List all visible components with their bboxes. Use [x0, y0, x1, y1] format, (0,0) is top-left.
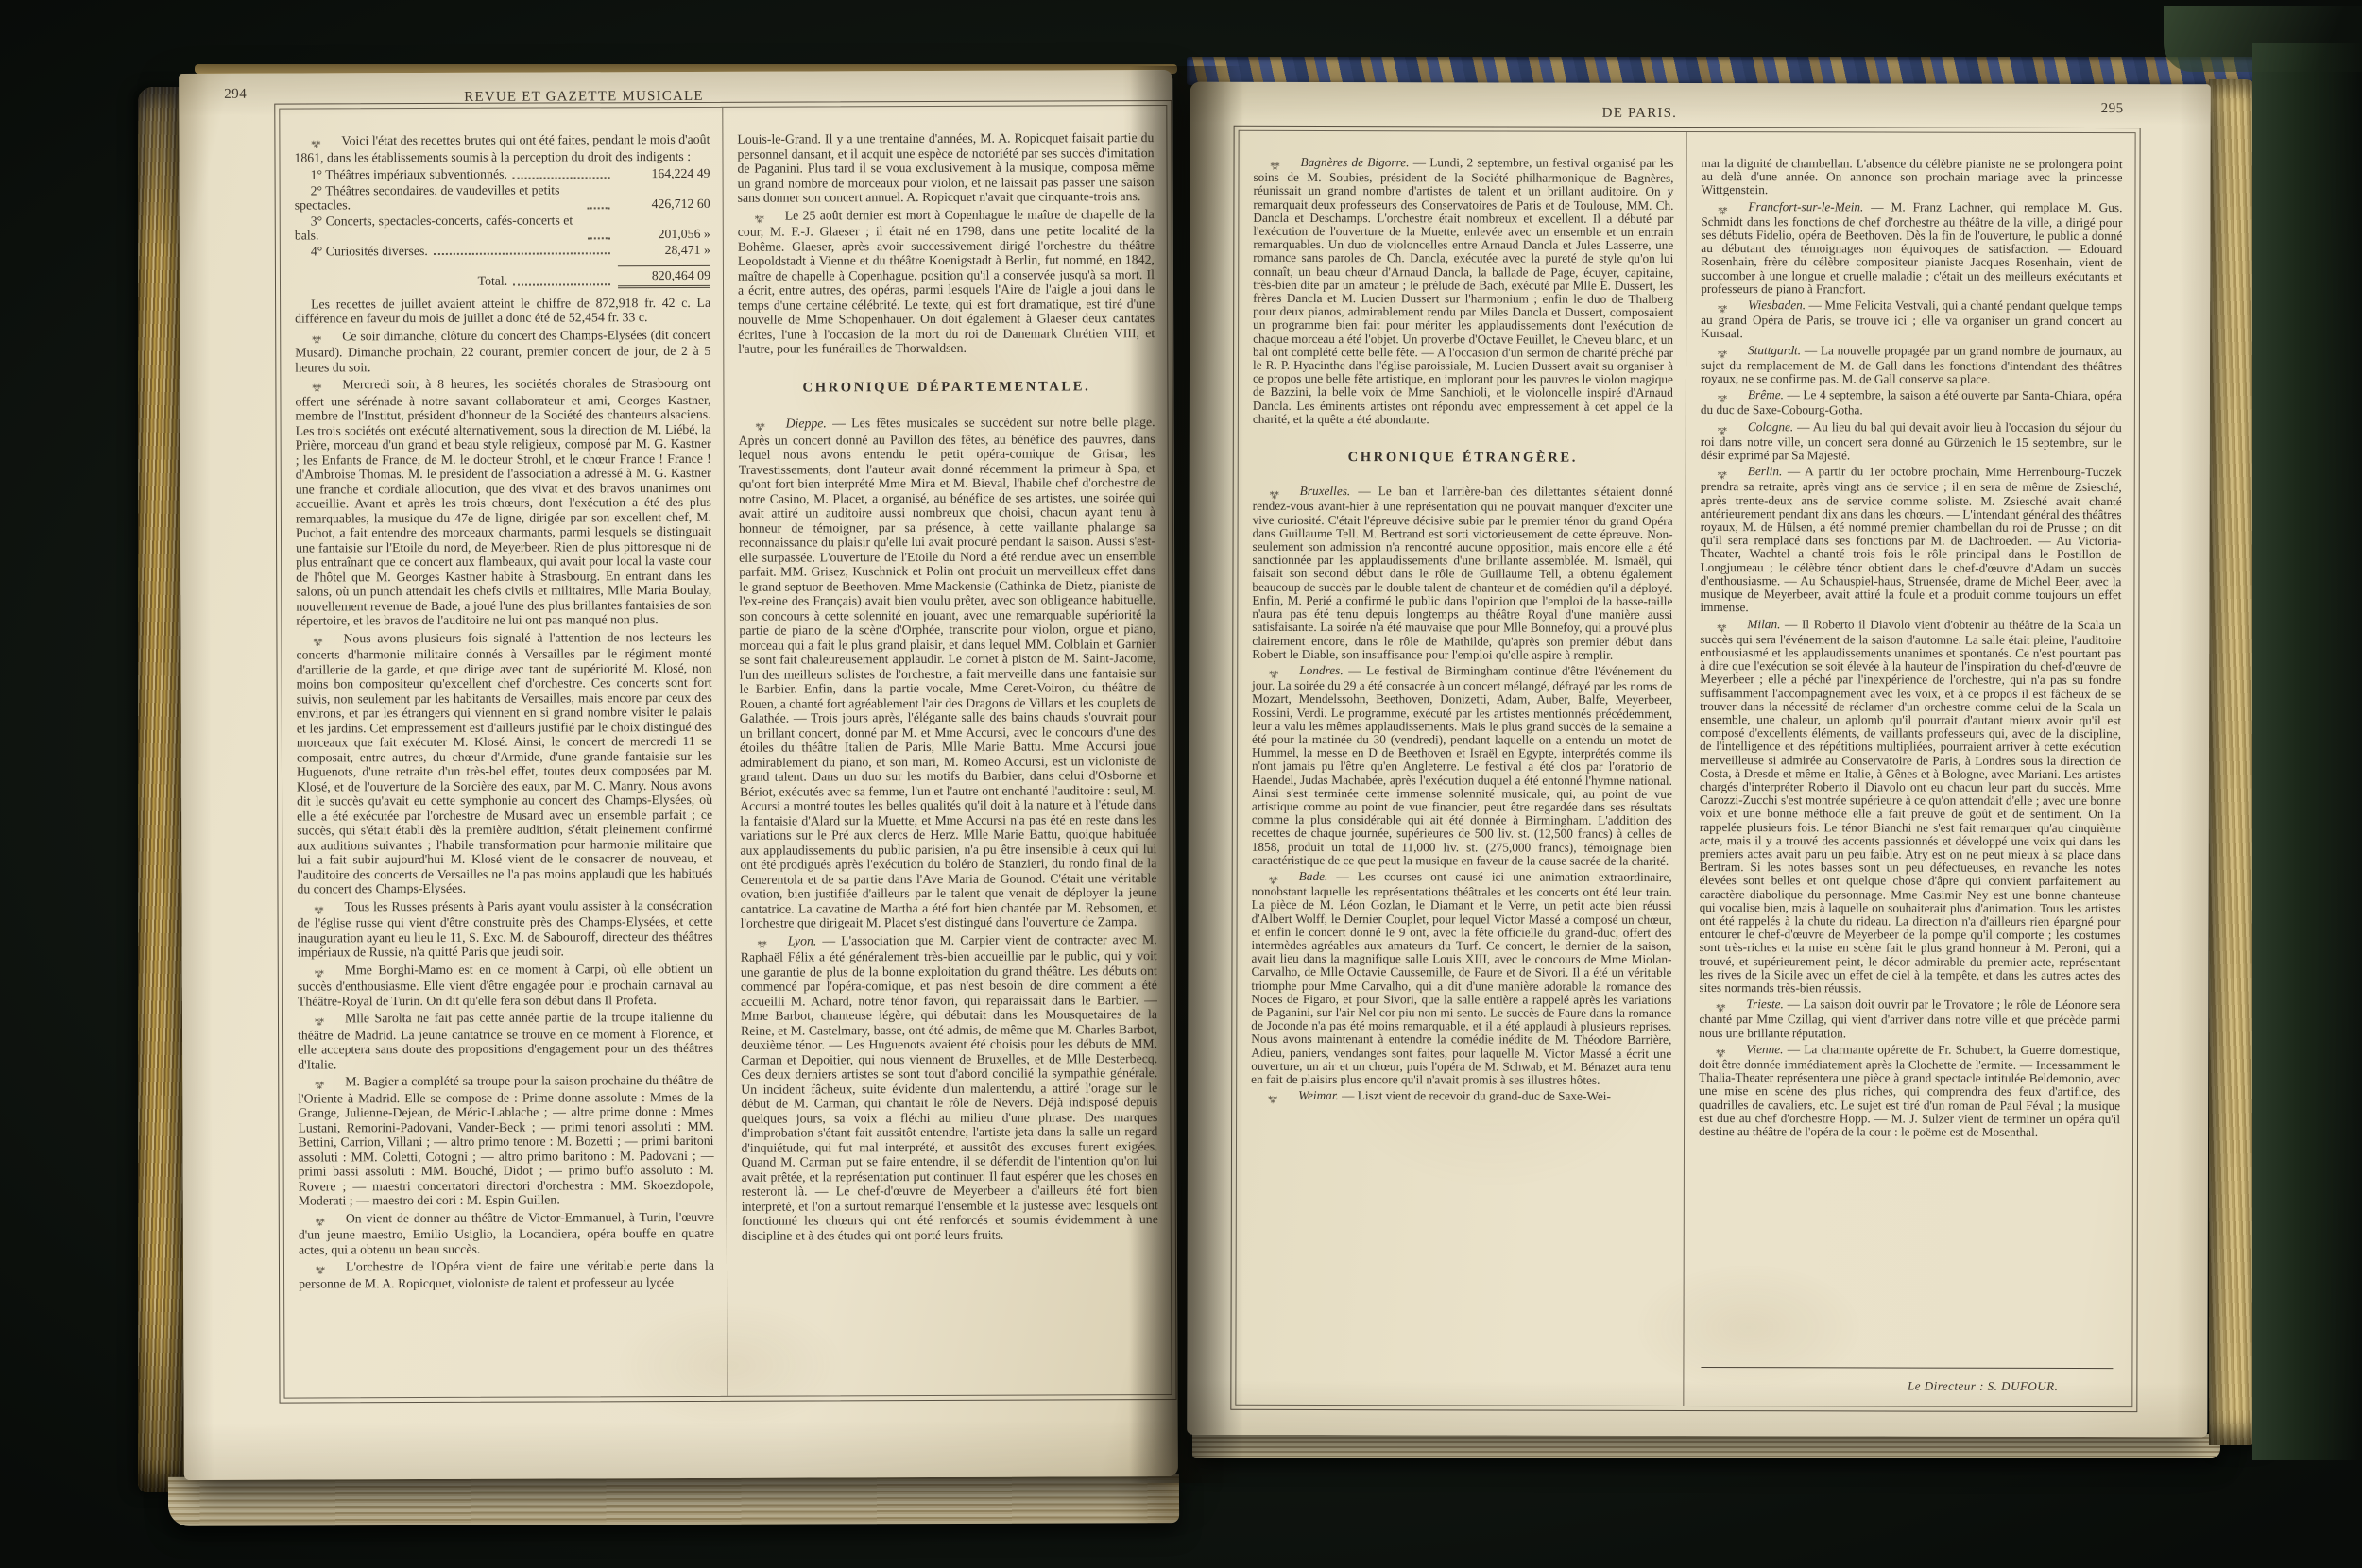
entry-place-lead: Brême.: [1748, 387, 1788, 401]
entry-place-lead: Stuttgardt.: [1748, 343, 1805, 357]
asterism-icon: ⁂: [1268, 666, 1294, 679]
page-stack-bottom-edge-right: [1192, 1434, 2220, 1458]
page-number-right: 295: [2101, 101, 2124, 117]
asterism-icon: ⁂: [314, 1076, 340, 1091]
entry-place-lead: Cologne.: [1748, 419, 1797, 434]
asterism-icon: ⁂: [1269, 486, 1295, 500]
asterism-icon: ⁂: [311, 331, 337, 346]
asterism-icon: ⁂: [1715, 1045, 1741, 1058]
book-fore-edge-right: [2209, 79, 2258, 1445]
right-page-rule-frame-inner: ⁂Bagnères de Bigorre. — Lundi, 2 septemb…: [1235, 130, 2135, 1407]
table-total-row: Total.820,464 09: [295, 265, 710, 289]
marbled-top-edge: [1187, 57, 2260, 85]
asterism-icon: ⁂: [1715, 999, 1741, 1013]
right-page-column-2: Le Directeur : S. DUFOUR. mar la dignité…: [1684, 132, 2134, 1406]
paragraph: ⁂Vienne. — La charmante opérette de Fr. …: [1699, 1043, 2120, 1140]
table-row-label: 4° Curiosités diverses.: [295, 244, 428, 259]
paragraph: ⁂Mlle Sarolta ne fait pas cette année pa…: [298, 1010, 713, 1072]
asterism-icon: ⁂: [314, 964, 340, 980]
right-page: DE PARIS. 295 ⁂Bagnères de Bigorre. — Lu…: [1187, 82, 2210, 1438]
paragraph: ⁂Bruxelles. — Le ban et l'arrière-ban de…: [1252, 485, 1672, 662]
book-spread-photo: 294 REVUE ET GAZETTE MUSICALE ⁂Voici l'é…: [0, 0, 2362, 1568]
paragraph: ⁂Trieste. — La saison doit ouvrir par le…: [1699, 997, 2120, 1041]
paragraph: ⁂Weimar. — Liszt vient de recevoir du gr…: [1251, 1089, 1671, 1105]
entry-place-lead: Vienne.: [1746, 1042, 1788, 1056]
entry-place-lead: Bagnères de Bigorre.: [1301, 155, 1413, 169]
asterism-icon: ⁂: [315, 1261, 341, 1276]
paragraph: Les recettes de juillet avaient atteint …: [295, 295, 710, 326]
paragraph: ⁂Ce soir dimanche, clôture du concert de…: [295, 327, 710, 374]
left-page-rule-frame: ⁂Voici l'état des recettes brutes qui on…: [274, 100, 1176, 1404]
asterism-icon: ⁂: [311, 379, 337, 394]
entry-place-lead: Dieppe.: [786, 416, 833, 430]
entry-place-lead: Lyon.: [788, 933, 823, 947]
entry-place-lead: Trieste.: [1746, 997, 1787, 1011]
table-row: 3° Concerts, spectacles-concerts, cafés-…: [295, 212, 710, 243]
right-page-column-1: ⁂Bagnères de Bigorre. — Lundi, 2 septemb…: [1236, 131, 1686, 1406]
left-page: 294 REVUE ET GAZETTE MUSICALE ⁂Voici l'é…: [179, 70, 1178, 1480]
director-signature: Le Directeur : S. DUFOUR.: [1699, 1379, 2116, 1393]
paragraph: Louis-le-Grand. Il y a une trentaine d'a…: [737, 130, 1154, 205]
entry-place-lead: Wiesbaden.: [1748, 298, 1808, 312]
page-number-left: 294: [224, 87, 247, 103]
paragraph: ⁂Voici l'état des recettes brutes qui on…: [294, 132, 710, 165]
left-page-rule-frame-inner: ⁂Voici l'état des recettes brutes qui on…: [279, 105, 1172, 1399]
asterism-icon: ⁂: [314, 901, 340, 916]
paragraph: ⁂Mercredi soir, à 8 heures, les sociétés…: [295, 376, 711, 628]
table-row-amount: 201,056 »: [618, 227, 710, 242]
paragraph: ⁂Bagnères de Bigorre. — Lundi, 2 septemb…: [1253, 156, 1674, 427]
left-page-column-1: ⁂Voici l'état des recettes brutes qui on…: [280, 108, 727, 1398]
paragraph: ⁂Brême. — Le 4 septembre, la saison a ét…: [1701, 388, 2122, 418]
paragraph: ⁂On vient de donner au théâtre de Victor…: [299, 1209, 714, 1256]
paragraph: mar la dignité de chambellan. L'absence …: [1701, 157, 2122, 198]
table-row-amount: 164,224 49: [618, 166, 710, 181]
asterism-icon: ⁂: [757, 935, 783, 950]
entry-place-lead: Weimar.: [1298, 1088, 1342, 1102]
section-heading: CHRONIQUE ÉTRANGÈRE.: [1253, 451, 1673, 465]
table-row-amount: 28,471 »: [618, 242, 710, 257]
asterism-icon: ⁂: [312, 633, 338, 648]
section-heading: CHRONIQUE DÉPARTEMENTALE.: [738, 380, 1155, 396]
table-row: 2° Théâtres secondaires, de vaudevilles …: [295, 181, 710, 213]
book-cover-corner: [2164, 6, 2362, 72]
paragraph: ⁂Nous avons plusieurs fois signalé à l'a…: [296, 629, 712, 896]
leader-dots-icon: [588, 237, 610, 239]
signature-rule: [1701, 1367, 2113, 1369]
asterism-icon: ⁂: [1717, 346, 1743, 359]
asterism-icon: ⁂: [755, 418, 781, 434]
signature-block: Le Directeur : S. DUFOUR.: [1699, 1367, 2116, 1393]
asterism-icon: ⁂: [1716, 620, 1742, 633]
paragraph: ⁂L'orchestre de l'Opéra vient de faire u…: [299, 1258, 714, 1291]
asterism-icon: ⁂: [1717, 422, 1743, 435]
entry-place-lead: Bruxelles.: [1300, 484, 1359, 498]
paragraph: ⁂Stuttgardt. — La nouvelle propagée par …: [1701, 344, 2122, 387]
right-page-header: DE PARIS. 295: [1190, 88, 2211, 115]
asterism-icon: ⁂: [1717, 202, 1743, 215]
table-row-label: 2° Théâtres secondaires, de vaudevilles …: [295, 182, 582, 213]
paragraph: ⁂Londres. — Le festival de Birmingham co…: [1252, 664, 1673, 868]
right-page-rule-frame: ⁂Bagnères de Bigorre. — Lundi, 2 septemb…: [1230, 126, 2140, 1412]
leader-dots-icon: [434, 252, 610, 255]
entry-place-lead: Bade.: [1299, 869, 1337, 883]
asterism-icon: ⁂: [1717, 467, 1743, 480]
leader-dots-icon: [513, 283, 610, 285]
paragraph: ⁂Berlin. — A partir du 1er octobre proch…: [1700, 465, 2121, 615]
receipts-table: 1° Théâtres impériaux subventionnés.164,…: [295, 166, 710, 289]
paragraph: ⁂M. Bagier a complété sa troupe pour la …: [298, 1073, 714, 1208]
table-total-amount: 820,464 09: [618, 265, 710, 288]
table-row-label: 3° Concerts, spectacles-concerts, cafés-…: [295, 213, 582, 243]
page-stack-bottom-edge: [168, 1474, 1179, 1526]
leader-dots-icon: [513, 177, 610, 179]
table-row-label: 1° Théâtres impériaux subventionnés.: [295, 167, 507, 182]
book-fore-edge-left: [138, 87, 185, 1492]
paragraph: ⁂Bade. — Les courses ont causé ici une a…: [1251, 870, 1672, 1087]
asterism-icon: ⁂: [754, 210, 780, 225]
table-row: 4° Curiosités diverses.28,471 »: [295, 242, 710, 258]
asterism-icon: ⁂: [1717, 300, 1743, 314]
paragraph: ⁂Cologne. — Au lieu du bal qui devait av…: [1701, 420, 2122, 464]
paragraph: ⁂Lyon. — L'association que M. Carpier vi…: [741, 932, 1158, 1243]
running-title-right: DE PARIS.: [1602, 106, 1677, 122]
entry-place-lead: Londres.: [1299, 663, 1348, 677]
paragraph: ⁂Dieppe. — Les fêtes musicales se succèd…: [739, 415, 1157, 930]
asterism-icon: ⁂: [1267, 1091, 1293, 1104]
table-row-amount: 426,712 60: [618, 196, 710, 212]
asterism-icon: ⁂: [1268, 872, 1294, 885]
entry-place-lead: Francfort-sur-le-Mein.: [1748, 199, 1871, 213]
paragraph: ⁂Tous les Russes présents à Paris ayant …: [298, 897, 713, 960]
asterism-icon: ⁂: [310, 135, 336, 150]
paragraph: ⁂Le 25 août dernier est mort à Copenhagu…: [738, 207, 1155, 357]
entry-place-lead: Milan.: [1747, 617, 1785, 631]
left-page-header: 294 REVUE ET GAZETTE MUSICALE: [179, 76, 1172, 104]
left-page-column-2: Louis-le-Grand. Il y a une trentaine d'a…: [723, 106, 1171, 1396]
asterism-icon: ⁂: [1717, 390, 1743, 403]
paragraph: ⁂Mme Borghi-Mamo est en ce moment à Carp…: [298, 961, 713, 1008]
entry-place-lead: Berlin.: [1748, 464, 1788, 478]
table-total-label: Total.: [478, 274, 508, 289]
table-row: 1° Théâtres impériaux subventionnés.164,…: [295, 166, 710, 182]
asterism-icon: ⁂: [314, 1013, 340, 1028]
paragraph: ⁂Milan. — Il Roberto il Diavolo vient d'…: [1699, 618, 2121, 997]
paragraph: ⁂Wiesbaden. — Mme Felicita Vestvali, qui…: [1701, 298, 2122, 342]
book-cover-board: [2252, 43, 2362, 1460]
leader-dots-icon: [588, 207, 610, 209]
paragraph: ⁂Francfort-sur-le-Mein. — M. Franz Lachn…: [1701, 200, 2122, 298]
asterism-icon: ⁂: [1270, 158, 1296, 171]
asterism-icon: ⁂: [315, 1213, 341, 1228]
